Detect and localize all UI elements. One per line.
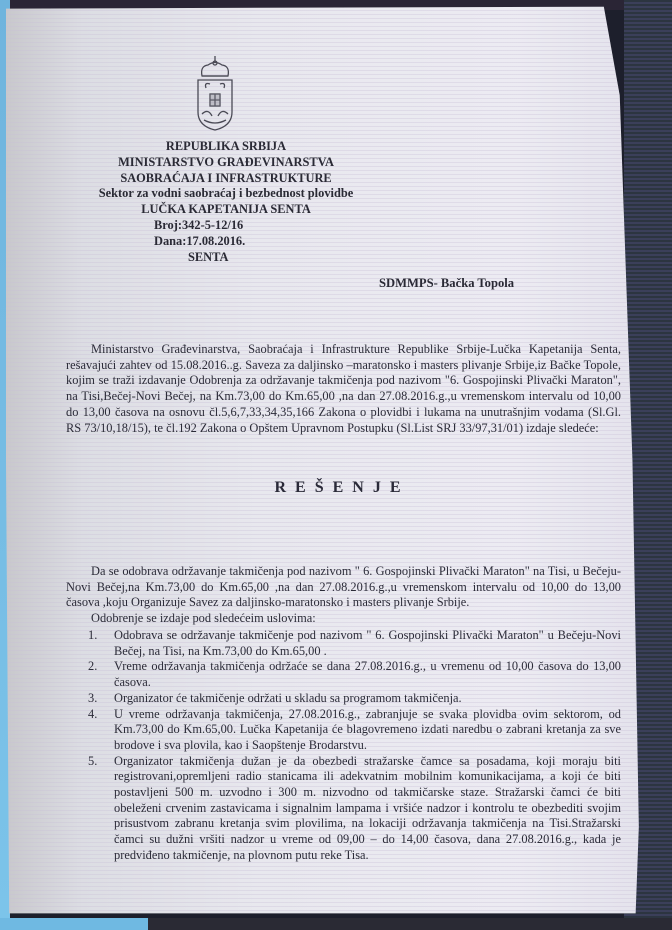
condition-item: 2. Vreme održavanja takmičenja održaće s…: [88, 659, 621, 690]
condition-number: 5.: [88, 754, 97, 770]
intro-text: Ministarstvo Građevinarstva, Saobraćaja …: [66, 342, 621, 436]
decision-section: Da se odobrava održavanje takmičenja pod…: [66, 564, 621, 627]
coat-of-arms-icon: [190, 54, 240, 132]
condition-number: 2.: [88, 659, 97, 675]
ministry-name-line2: SAOBRAĆAJA I INFRASTRUKTURE: [66, 171, 386, 187]
condition-number: 3.: [88, 691, 97, 707]
country-name: REPUBLIKA SRBIJA: [66, 139, 386, 155]
conditions-list: 1. Odobrava se održavanje takmičenje pod…: [88, 628, 621, 864]
condition-item: 3. Organizator će takmičenje održati u s…: [88, 691, 621, 707]
condition-number: 4.: [88, 707, 97, 723]
conditions-intro: Odobrenje se izdaje pod sledećeim uslovi…: [66, 611, 621, 627]
condition-text: U vreme održavanja takmičenja, 27.08.201…: [114, 707, 621, 752]
ministry-name-line1: MINISTARSTVO GRAĐEVINARSTVA: [66, 155, 386, 171]
document-city: SENTA: [66, 250, 386, 266]
condition-text: Organizator takmičenja dužan je da obezb…: [114, 754, 621, 862]
recipient: SDMMPS- Bačka Topola: [379, 276, 514, 291]
condition-item: 4. U vreme održavanja takmičenja, 27.08.…: [88, 707, 621, 754]
condition-item: 1. Odobrava se održavanje takmičenje pod…: [88, 628, 621, 659]
condition-item: 5. Organizator takmičenja dužan je da ob…: [88, 754, 621, 864]
scan-background-bottom: [0, 918, 672, 930]
decision-text: Da se odobrava održavanje takmičenja pod…: [66, 564, 621, 611]
document-date: Dana:17.08.2016.: [66, 234, 386, 250]
condition-number: 1.: [88, 628, 97, 644]
office-name: LUČKA KAPETANIJA SENTA: [66, 202, 386, 218]
condition-text: Organizator će takmičenje održati u skla…: [114, 691, 462, 705]
decision-title: REŠENJE: [6, 479, 672, 497]
letterhead: REPUBLIKA SRBIJA MINISTARSTVO GRAĐEVINAR…: [66, 139, 386, 265]
condition-text: Vreme održavanja takmičenja održaće se d…: [114, 659, 621, 689]
intro-paragraph: Ministarstvo Građevinarstva, Saobraćaja …: [66, 342, 621, 436]
document-page: REPUBLIKA SRBIJA MINISTARSTVO GRAĐEVINAR…: [6, 4, 642, 918]
document-number: Broj:342-5-12/16: [66, 218, 386, 234]
condition-text: Odobrava se održavanje takmičenje pod na…: [114, 628, 621, 658]
sector-name: Sektor za vodni saobraćaj i bezbednost p…: [66, 186, 386, 202]
